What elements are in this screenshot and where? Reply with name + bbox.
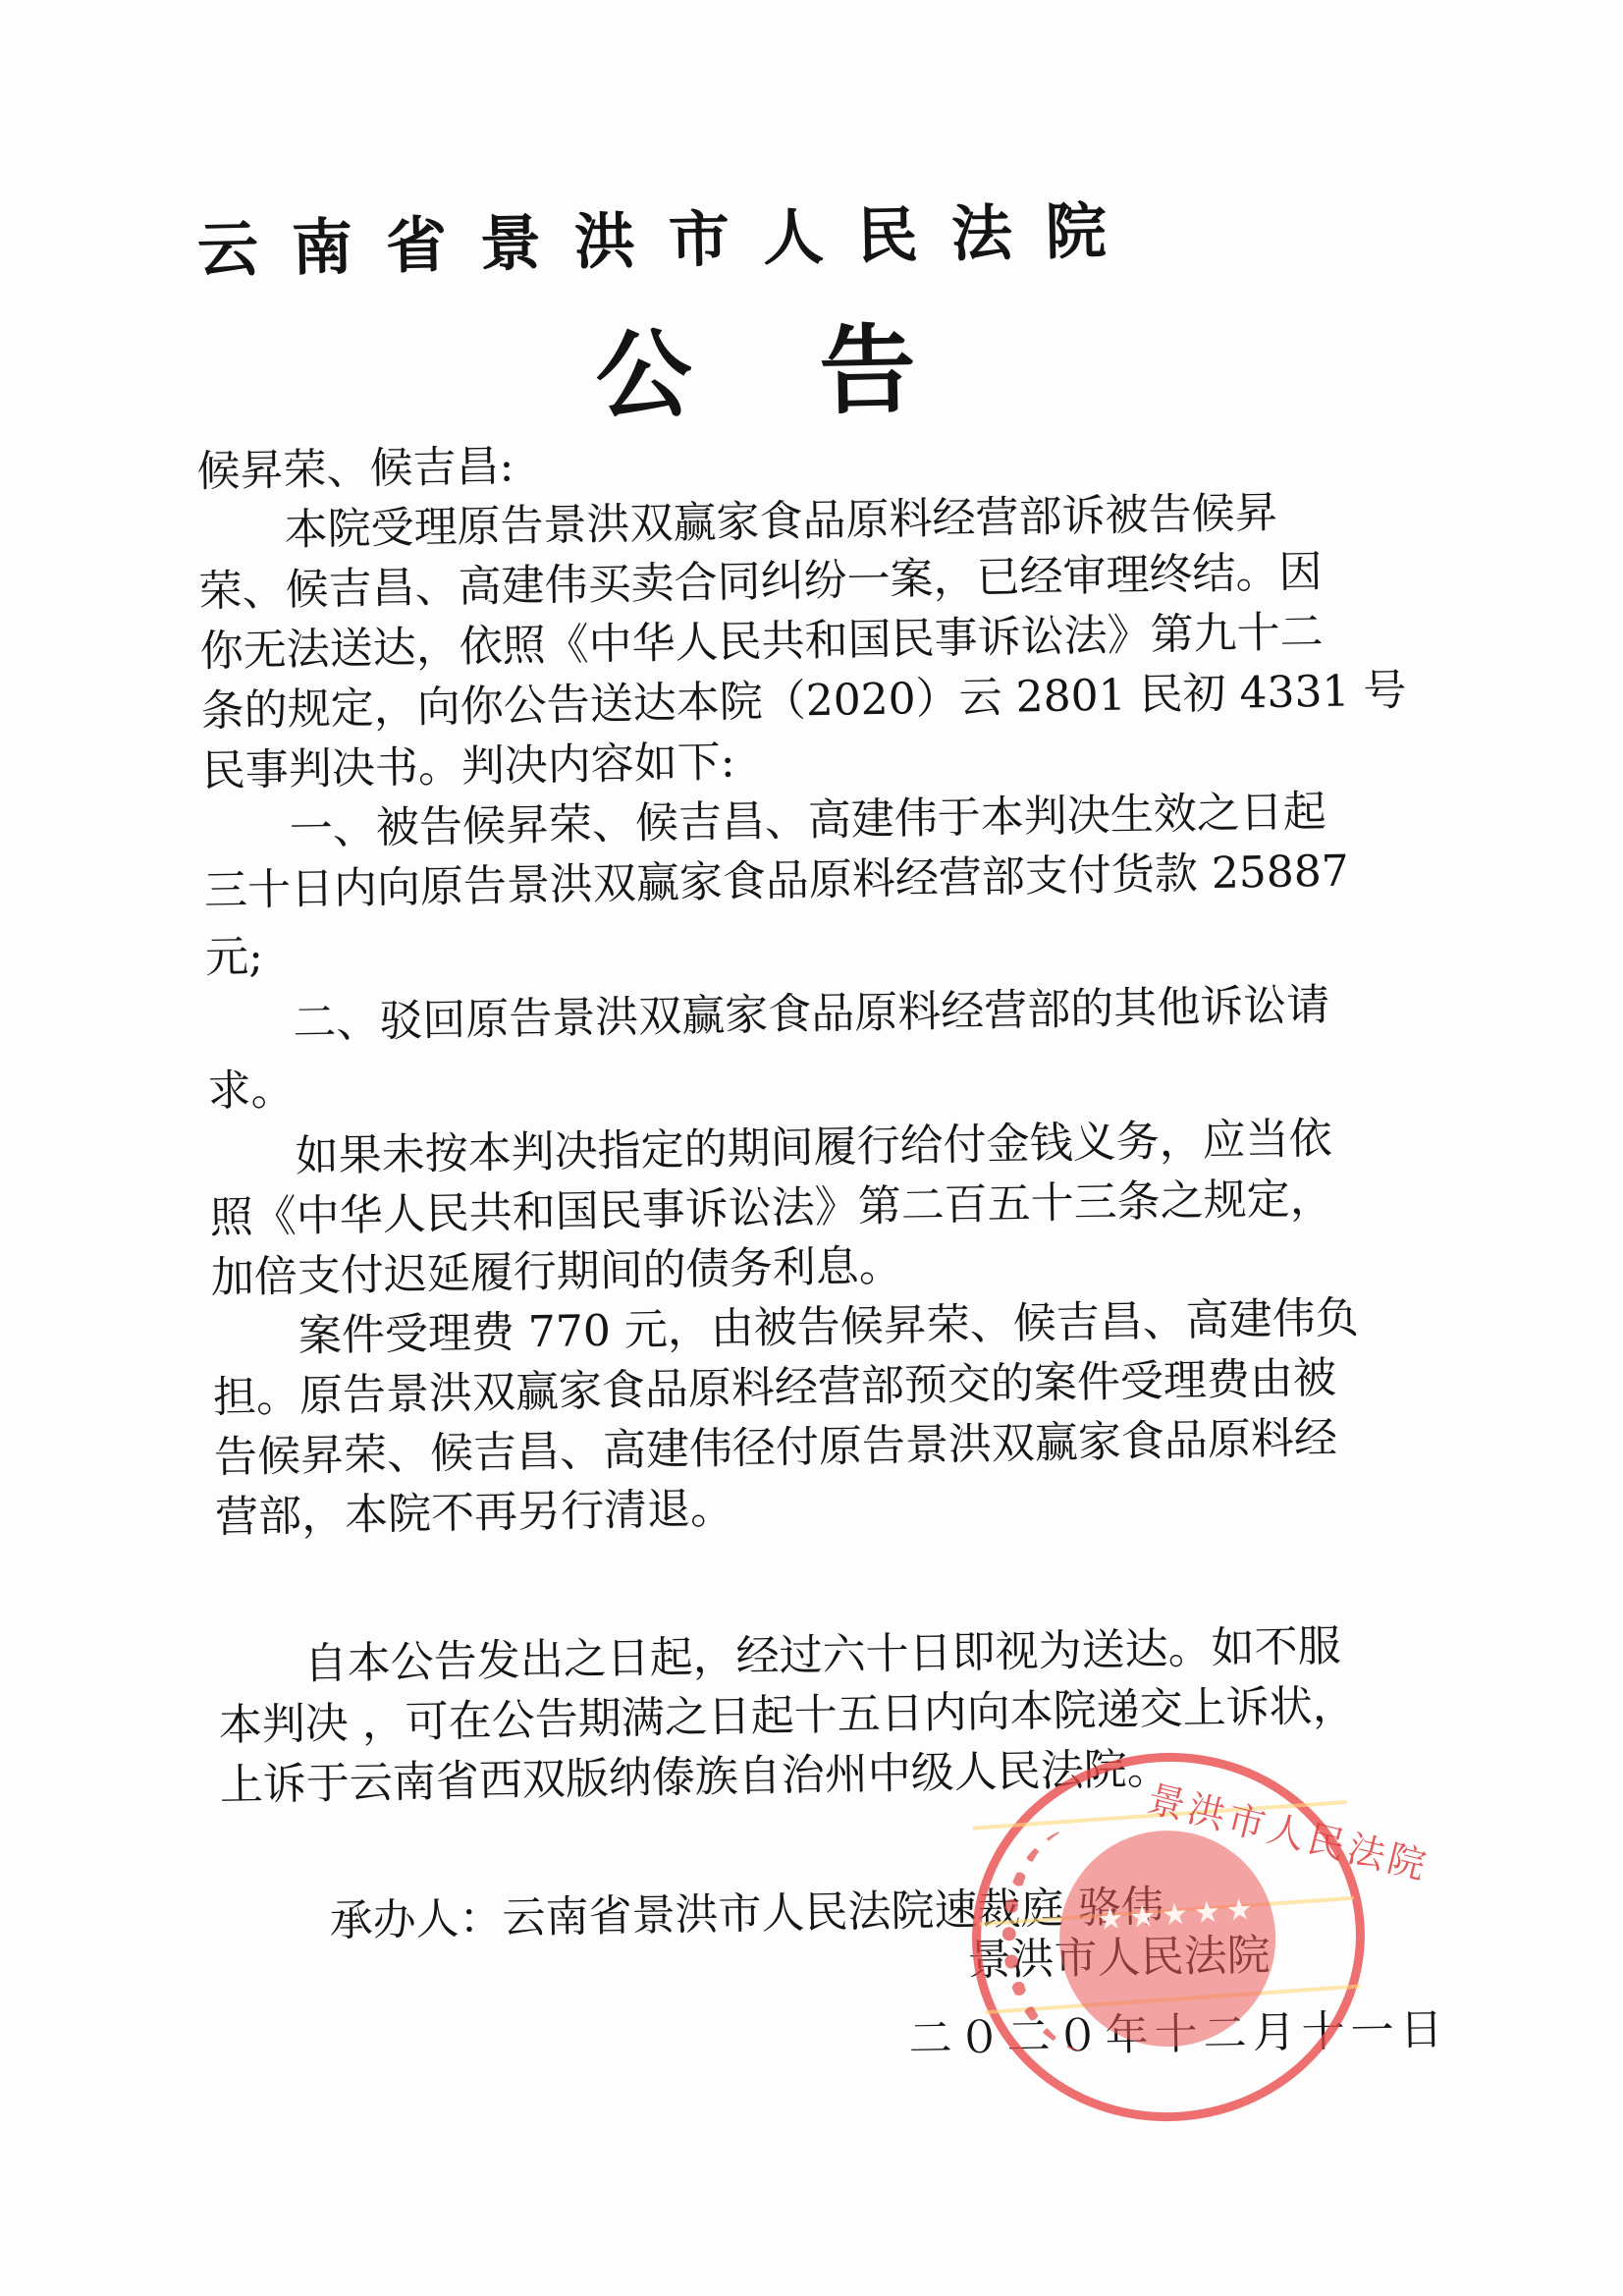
issuing-court: 景洪市人民法院: [967, 1920, 1271, 1988]
document-page: 云南省景洪市人民法院 公告 候昇荣、候吉昌: 本院受理原告景洪双赢家食品原料经营…: [0, 0, 1623, 2296]
court-header: 云南省景洪市人民法院: [196, 178, 1327, 289]
issue-date: 二０二０年十二月十一日: [908, 1994, 1449, 2066]
notice-body: 候昇荣、候吉昌: 本院受理原告景洪双赢家食品原料经营部诉被告候昇 荣、候吉昌、高…: [196, 421, 1398, 1816]
document-title: 公告: [594, 290, 1045, 438]
